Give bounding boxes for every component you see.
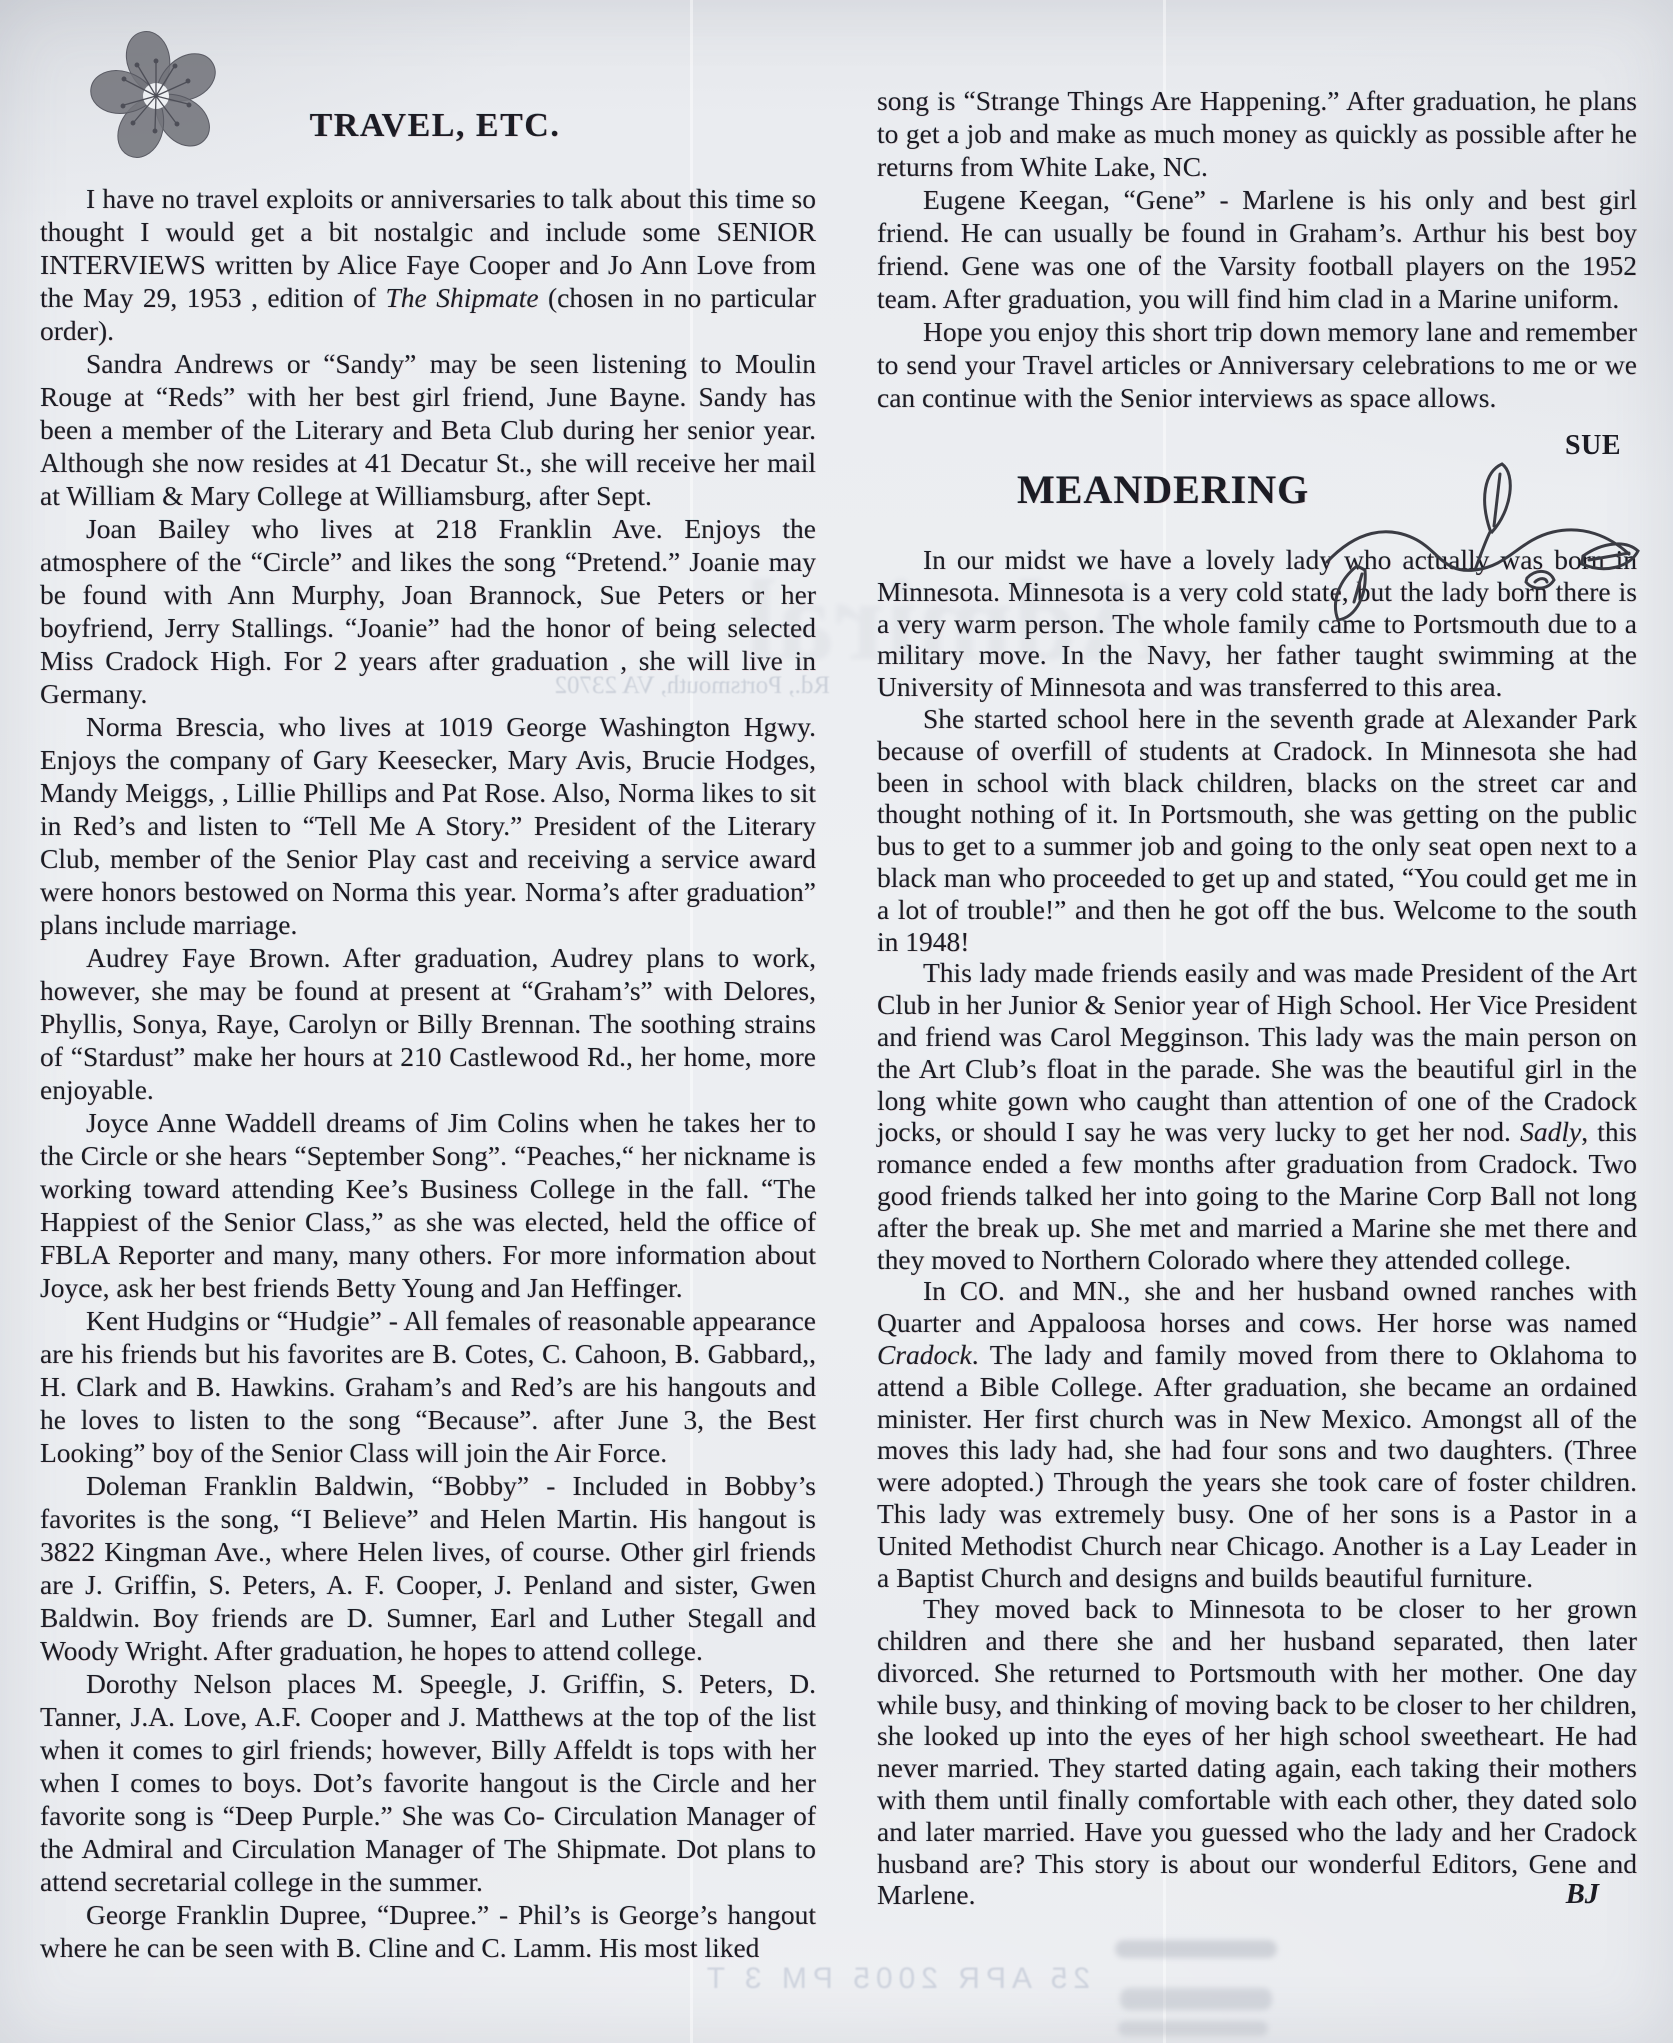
paragraph: Sandra Andrews or “Sandy” may be seen li… (40, 347, 816, 512)
paragraph: They moved back to Minnesota to be close… (877, 1593, 1637, 1911)
flower-icon (75, 20, 237, 172)
paragraph: Hope you enjoy this short trip down memo… (877, 315, 1637, 414)
meandering-header: MEANDERING (877, 462, 1637, 544)
paragraph: This lady made friends easily and was ma… (877, 957, 1637, 1275)
meandering-heading: MEANDERING (1017, 466, 1309, 513)
paragraph: Doleman Franklin Baldwin, “Bobby” - Incl… (40, 1469, 816, 1667)
newsletter-page: Admiral Rd., Portsmouth, VA 23702 25 APR… (0, 0, 1673, 2043)
paragraph: Eugene Keegan, “Gene” - Marlene is his o… (877, 183, 1637, 315)
bleed-through-postmark: 25 APR 2005 PM 3 T (520, 1962, 1090, 1996)
paragraph: Kent Hudgins or “Hudgie” - All females o… (40, 1304, 816, 1469)
bleed-through-smudge (1115, 1940, 1277, 1958)
bj-signature: BJ (877, 1879, 1637, 1911)
paragraph: In CO. and MN., she and her husband owne… (877, 1275, 1637, 1593)
paragraph: Joan Bailey who lives at 218 Franklin Av… (40, 512, 816, 710)
right-column: song is “Strange Things Are Happening.” … (877, 20, 1637, 1911)
paragraph: Dorothy Nelson places M. Speegle, J. Gri… (40, 1667, 816, 1898)
paragraph: Audrey Faye Brown. After graduation, Aud… (40, 941, 816, 1106)
bleed-through-smudge (1120, 1988, 1272, 2010)
paragraph: George Franklin Dupree, “Dupree.” - Phil… (40, 1898, 816, 1964)
left-column: TRAVEL, ETC. I have no travel exploits o… (40, 20, 816, 1964)
paragraph: song is “Strange Things Are Happening.” … (877, 84, 1637, 183)
meandering-paragraphs: In our midst we have a lovely lady who a… (877, 544, 1637, 1911)
travel-paragraphs: I have no travel exploits or anniversari… (40, 182, 816, 1964)
paragraph: She started school here in the seventh g… (877, 703, 1637, 957)
paragraph: Joyce Anne Waddell dreams of Jim Colins … (40, 1106, 816, 1304)
bleed-through-smudge (1118, 2021, 1268, 2036)
vine-icon (1321, 434, 1641, 634)
travel-continuation-paragraphs: song is “Strange Things Are Happening.” … (877, 20, 1637, 414)
paragraph: Norma Brescia, who lives at 1019 George … (40, 710, 816, 941)
paragraph: I have no travel exploits or anniversari… (40, 182, 816, 347)
